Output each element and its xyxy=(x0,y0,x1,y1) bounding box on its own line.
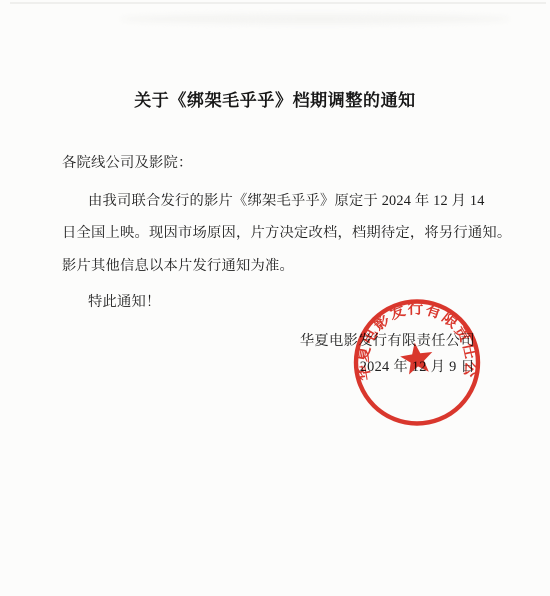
document-body: 各院线公司及影院： 由我司联合发行的影片《绑架毛乎乎》原定于 2024 年 12… xyxy=(62,147,490,319)
salutation-line: 各院线公司及影院： xyxy=(62,147,490,180)
scan-artifact-smudge xyxy=(120,14,510,24)
signature-company: 华夏电影发行有限责任公司 xyxy=(300,328,475,354)
scan-artifact-line xyxy=(10,2,546,4)
notice-document: 关于《绑架毛乎乎》档期调整的通知 各院线公司及影院： 由我司联合发行的影片《绑架… xyxy=(0,0,550,596)
signature-block: 华夏电影发行有限责任公司 2024 年 12 月 9 日 xyxy=(300,328,475,380)
body-line-1: 由我司联合发行的影片《绑架毛乎乎》原定于 2024 年 12 月 14 xyxy=(62,185,490,218)
body-line-2: 日全国上映。现因市场原因，片方决定改档，档期待定，将另行通知。 xyxy=(62,217,490,250)
closing-line: 特此通知！ xyxy=(62,286,490,319)
body-line-3: 影片其他信息以本片发行通知为准。 xyxy=(62,250,490,283)
signature-date: 2024 年 12 月 9 日 xyxy=(300,354,475,380)
document-title: 关于《绑架毛乎乎》档期调整的通知 xyxy=(0,86,550,111)
